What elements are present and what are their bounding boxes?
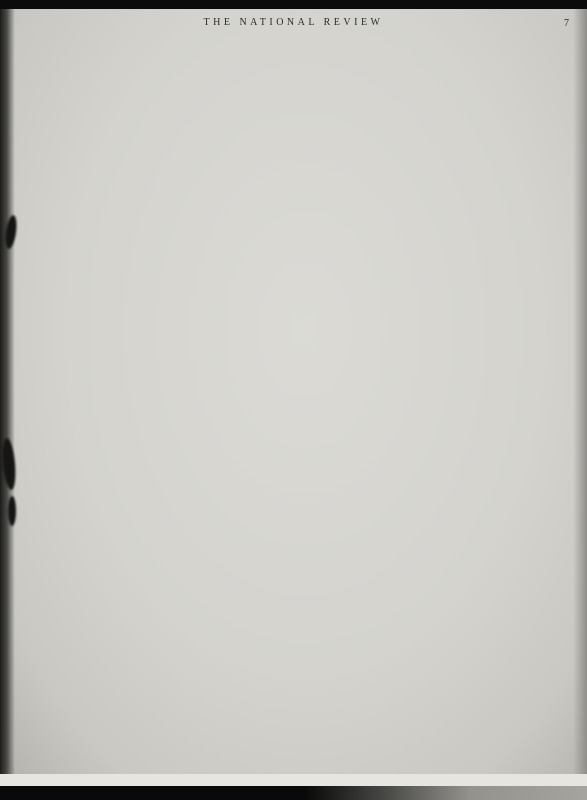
scanned-page: THE NATIONAL REVIEW 7 SPAIN AND CHINA. T… bbox=[0, 0, 587, 800]
bottom-page-edge bbox=[0, 774, 587, 786]
top-scan-bar bbox=[0, 0, 587, 9]
left-scan-gutter bbox=[0, 9, 15, 774]
journal-title: THE NATIONAL REVIEW bbox=[0, 17, 587, 28]
paper-page: THE NATIONAL REVIEW 7 SPAIN AND CHINA. T… bbox=[0, 9, 587, 774]
running-head: THE NATIONAL REVIEW 7 bbox=[0, 17, 587, 33]
page-number: 7 bbox=[564, 18, 569, 29]
scan-blotch bbox=[8, 496, 16, 526]
bottom-scan-bar bbox=[0, 786, 587, 800]
